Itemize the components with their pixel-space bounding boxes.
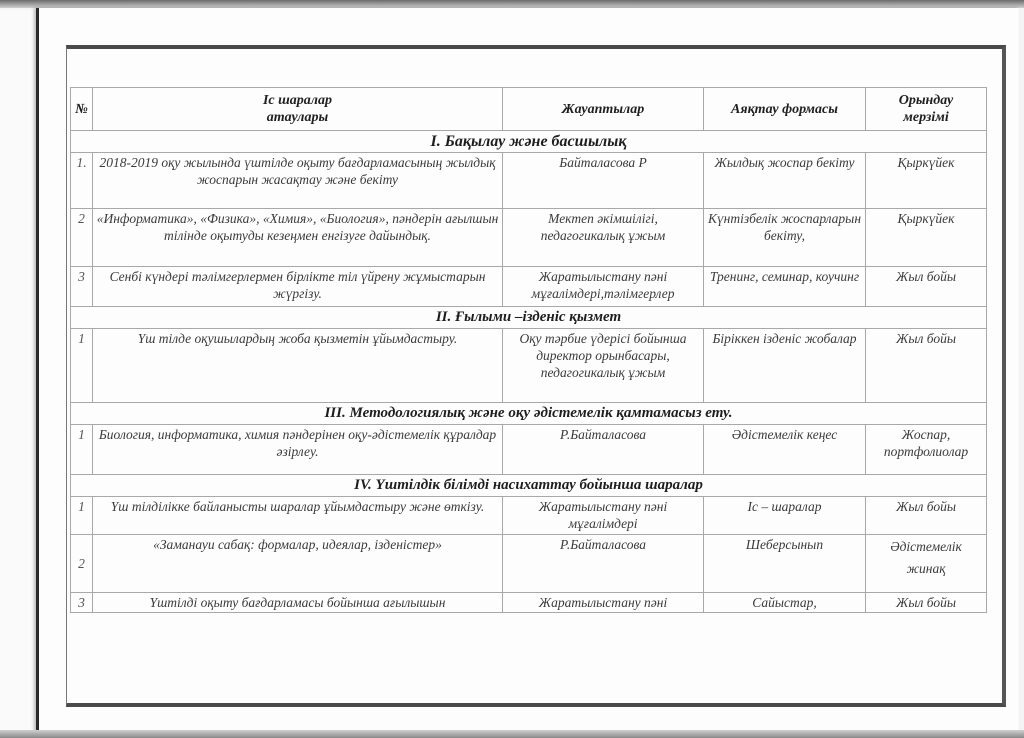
row-completion-form: Біріккен ізденіс жобалар — [704, 329, 866, 403]
row-responsible: Жаратылыстану пәні — [503, 593, 704, 613]
row-responsible: Мектеп әкімшілігі, педагогикалық ұжым — [503, 209, 704, 267]
row-completion-form: Сайыстар, — [704, 593, 866, 613]
section-header-row: І. Бақылау және басшылық — [71, 131, 987, 153]
row-responsible: Р.Байталасова — [503, 535, 704, 593]
row-number: 2 — [71, 535, 93, 593]
table-row: 3 Үштілді оқыту бағдарламасы бойынша ағы… — [71, 593, 987, 613]
row-deadline: Әдістемелік жинақ — [866, 535, 987, 593]
section-header-row: ІV. Үштілдік білімді насихаттау бойынша … — [71, 475, 987, 497]
table-row: 1 Биология, информатика, химия пәндеріне… — [71, 425, 987, 475]
scan-left-margin — [0, 10, 36, 730]
row-number: 1. — [71, 153, 93, 209]
row-responsible: Р.Байталасова — [503, 425, 704, 475]
row-completion-form: Әдістемелік кеңес — [704, 425, 866, 475]
row-number: 1 — [71, 329, 93, 403]
row-completion-form: Іс – шаралар — [704, 497, 866, 535]
row-activity: Биология, информатика, химия пәндерінен … — [93, 425, 503, 475]
row-number: 2 — [71, 209, 93, 267]
scan-edge-top — [0, 0, 1024, 8]
row-deadline: Жыл бойы — [866, 497, 987, 535]
table-row: 1. 2018-2019 оқу жылында үштілде оқыту б… — [71, 153, 987, 209]
row-activity: «Информатика», «Физика», «Химия», «Биоло… — [93, 209, 503, 267]
header-deadline-line1: Орындау — [869, 92, 983, 109]
section-header-row: ІІ. Ғылыми –ізденіс қызмет — [71, 307, 987, 329]
section-header-row: ІІІ. Методологиялық және оқу әдістемелік… — [71, 403, 987, 425]
row-deadline: Жыл бойы — [866, 329, 987, 403]
header-activity-line1: Іс шаралар — [96, 92, 499, 109]
row-number: 3 — [71, 593, 93, 613]
row-activity: Сенбі күндері тәлімгерлермен бірлікте ті… — [93, 267, 503, 307]
table-header-row: № Іс шаралар атаулары Жауаптылар Аяқтау … — [71, 88, 987, 131]
row-deadline: Қыркүйек — [866, 153, 987, 209]
row-deadline: Жыл бойы — [866, 593, 987, 613]
table-row: 1 Үш тілділікке байланысты шаралар ұйымд… — [71, 497, 987, 535]
row-completion-form: Тренинг, семинар, коучинг — [704, 267, 866, 307]
table-row: 3 Сенбі күндері тәлімгерлермен бірлікте … — [71, 267, 987, 307]
table-row: 1 Үш тілде оқушылардың жоба қызметін ұйы… — [71, 329, 987, 403]
header-deadline-line2: мерзімі — [869, 109, 983, 126]
header-responsible: Жауаптылар — [503, 88, 704, 131]
row-completion-form: Күнтізбелік жоспарларын бекіту, — [704, 209, 866, 267]
row-responsible: Оқу тәрбие үдерісі бойынша директор орын… — [503, 329, 704, 403]
row-responsible: Байталасова Р — [503, 153, 704, 209]
header-activity: Іс шаралар атаулары — [93, 88, 503, 131]
section-title: І. Бақылау және басшылық — [71, 131, 987, 153]
scan-edge-bottom — [0, 730, 1024, 738]
row-number: 3 — [71, 267, 93, 307]
row-deadline: Жыл бойы — [866, 267, 987, 307]
header-completion-form: Аяқтау формасы — [704, 88, 866, 131]
header-deadline: Орындау мерзімі — [866, 88, 987, 131]
row-activity: Үш тілділікке байланысты шаралар ұйымдас… — [93, 497, 503, 535]
row-activity: Үштілді оқыту бағдарламасы бойынша ағылы… — [93, 593, 503, 613]
action-plan-table: № Іс шаралар атаулары Жауаптылар Аяқтау … — [70, 87, 987, 613]
table-row: 2 «Заманауи сабақ: формалар, идеялар, із… — [71, 535, 987, 593]
header-activity-line2: атаулары — [96, 109, 499, 126]
row-activity: 2018-2019 оқу жылында үштілде оқыту бағд… — [93, 153, 503, 209]
row-activity: Үш тілде оқушылардың жоба қызметін ұйымд… — [93, 329, 503, 403]
row-completion-form: Жылдық жоспар бекіту — [704, 153, 866, 209]
row-completion-form: Шеберсынып — [704, 535, 866, 593]
row-deadline: Қыркүйек — [866, 209, 987, 267]
row-responsible: Жаратылыстану пәні мұғалімдері — [503, 497, 704, 535]
row-number: 1 — [71, 497, 93, 535]
section-title: ІІ. Ғылыми –ізденіс қызмет — [71, 307, 987, 329]
section-title: ІІІ. Методологиялық және оқу әдістемелік… — [71, 403, 987, 425]
header-number: № — [71, 88, 93, 131]
row-number: 1 — [71, 425, 93, 475]
table-row: 2 «Информатика», «Физика», «Химия», «Био… — [71, 209, 987, 267]
row-responsible: Жаратылыстану пәні мұғалімдері,тәлімгерл… — [503, 267, 704, 307]
section-title: ІV. Үштілдік білімді насихаттау бойынша … — [71, 475, 987, 497]
row-activity: «Заманауи сабақ: формалар, идеялар, ізде… — [93, 535, 503, 593]
row-deadline: Жоспар, портфолиолар — [866, 425, 987, 475]
